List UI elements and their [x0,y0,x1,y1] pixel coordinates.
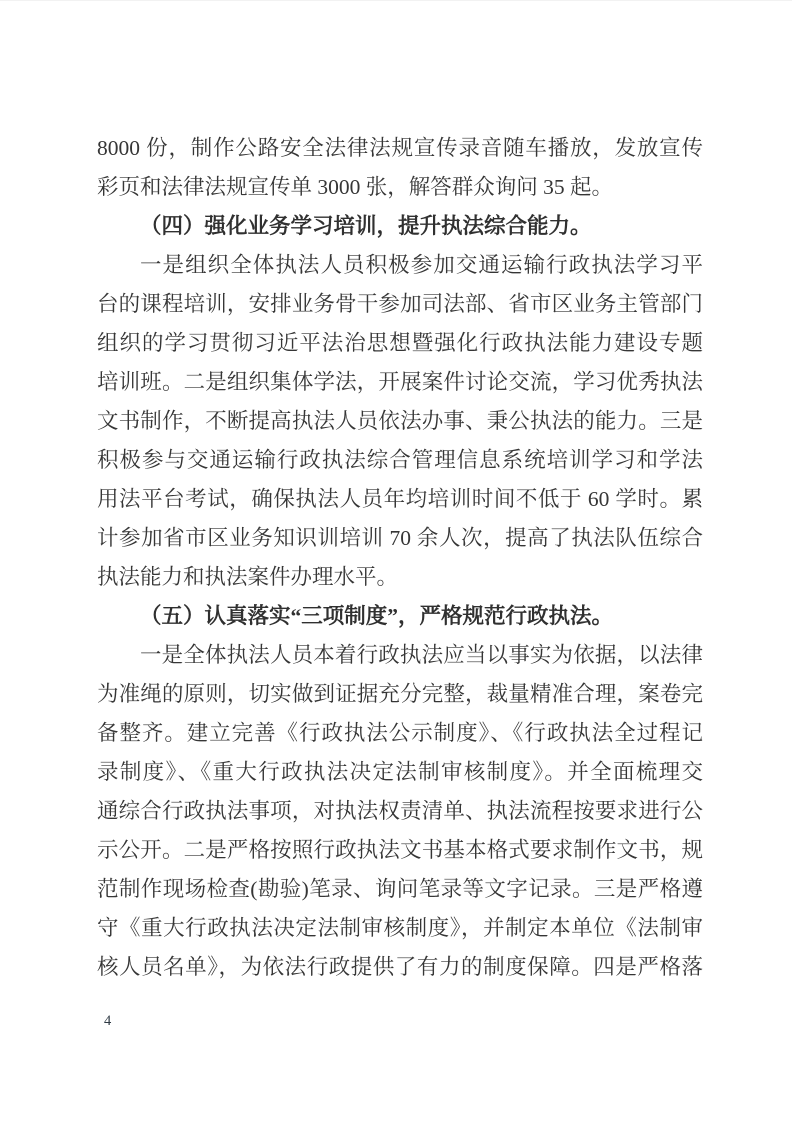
text-line: 守《重大行政执法决定法制审核制度》，并制定本单位《法制审 [97,909,703,948]
text-line: 积极参与交通运输行政执法综合管理信息系统培训学习和学法 [97,441,703,480]
document-lines: 8000 份，制作公路安全法律法规宣传录音随车播放，发放宣传彩页和法律法规宣传单… [97,129,703,987]
text-line: 一是全体执法人员本着行政执法应当以事实为依据，以法律 [97,636,703,675]
text-line: 8000 份，制作公路安全法律法规宣传录音随车播放，发放宣传 [97,129,703,168]
text-line: 台的课程培训，安排业务骨干参加司法部、省市区业务主管部门 [97,285,703,324]
text-line: 文书制作，不断提高执法人员依法办事、秉公执法的能力。三是 [97,402,703,441]
text-line: 培训班。二是组织集体学法，开展案件讨论交流，学习优秀执法 [97,363,703,402]
text-line: 通综合行政执法事项，对执法权责清单、执法流程按要求进行公 [97,792,703,831]
text-line: 组织的学习贯彻习近平法治思想暨强化行政执法能力建设专题 [97,324,703,363]
text-line: 彩页和法律法规宣传单 3000 张，解答群众询问 35 起。 [97,168,703,207]
section-heading: （四）强化业务学习培训，提升执法综合能力。 [97,207,703,246]
document-page: 8000 份，制作公路安全法律法规宣传录音随车播放，发放宣传彩页和法律法规宣传单… [0,0,792,1121]
text-line: 为准绳的原则，切实做到证据充分完整，裁量精准合理，案卷完 [97,675,703,714]
text-line: 范制作现场检查(勘验)笔录、询问笔录等文字记录。三是严格遵 [97,870,703,909]
text-line: 一是组织全体执法人员积极参加交通运输行政执法学习平 [97,246,703,285]
section-heading: （五）认真落实“三项制度”，严格规范行政执法。 [97,597,703,636]
text-line: 计参加省市区业务知识训培训 70 余人次，提高了执法队伍综合 [97,519,703,558]
text-line: 备整齐。建立完善《行政执法公示制度》、《行政执法全过程记 [97,714,703,753]
text-line: 执法能力和执法案件办理水平。 [97,558,703,597]
text-line: 核人员名单》，为依法行政提供了有力的制度保障。四是严格落 [97,948,703,987]
text-line: 录制度》、《重大行政执法决定法制审核制度》。并全面梳理交 [97,753,703,792]
text-line: 用法平台考试，确保执法人员年均培训时间不低于 60 学时。累 [97,480,703,519]
page-number: 4 [104,1013,111,1030]
text-line: 示公开。二是严格按照行政执法文书基本格式要求制作文书，规 [97,831,703,870]
